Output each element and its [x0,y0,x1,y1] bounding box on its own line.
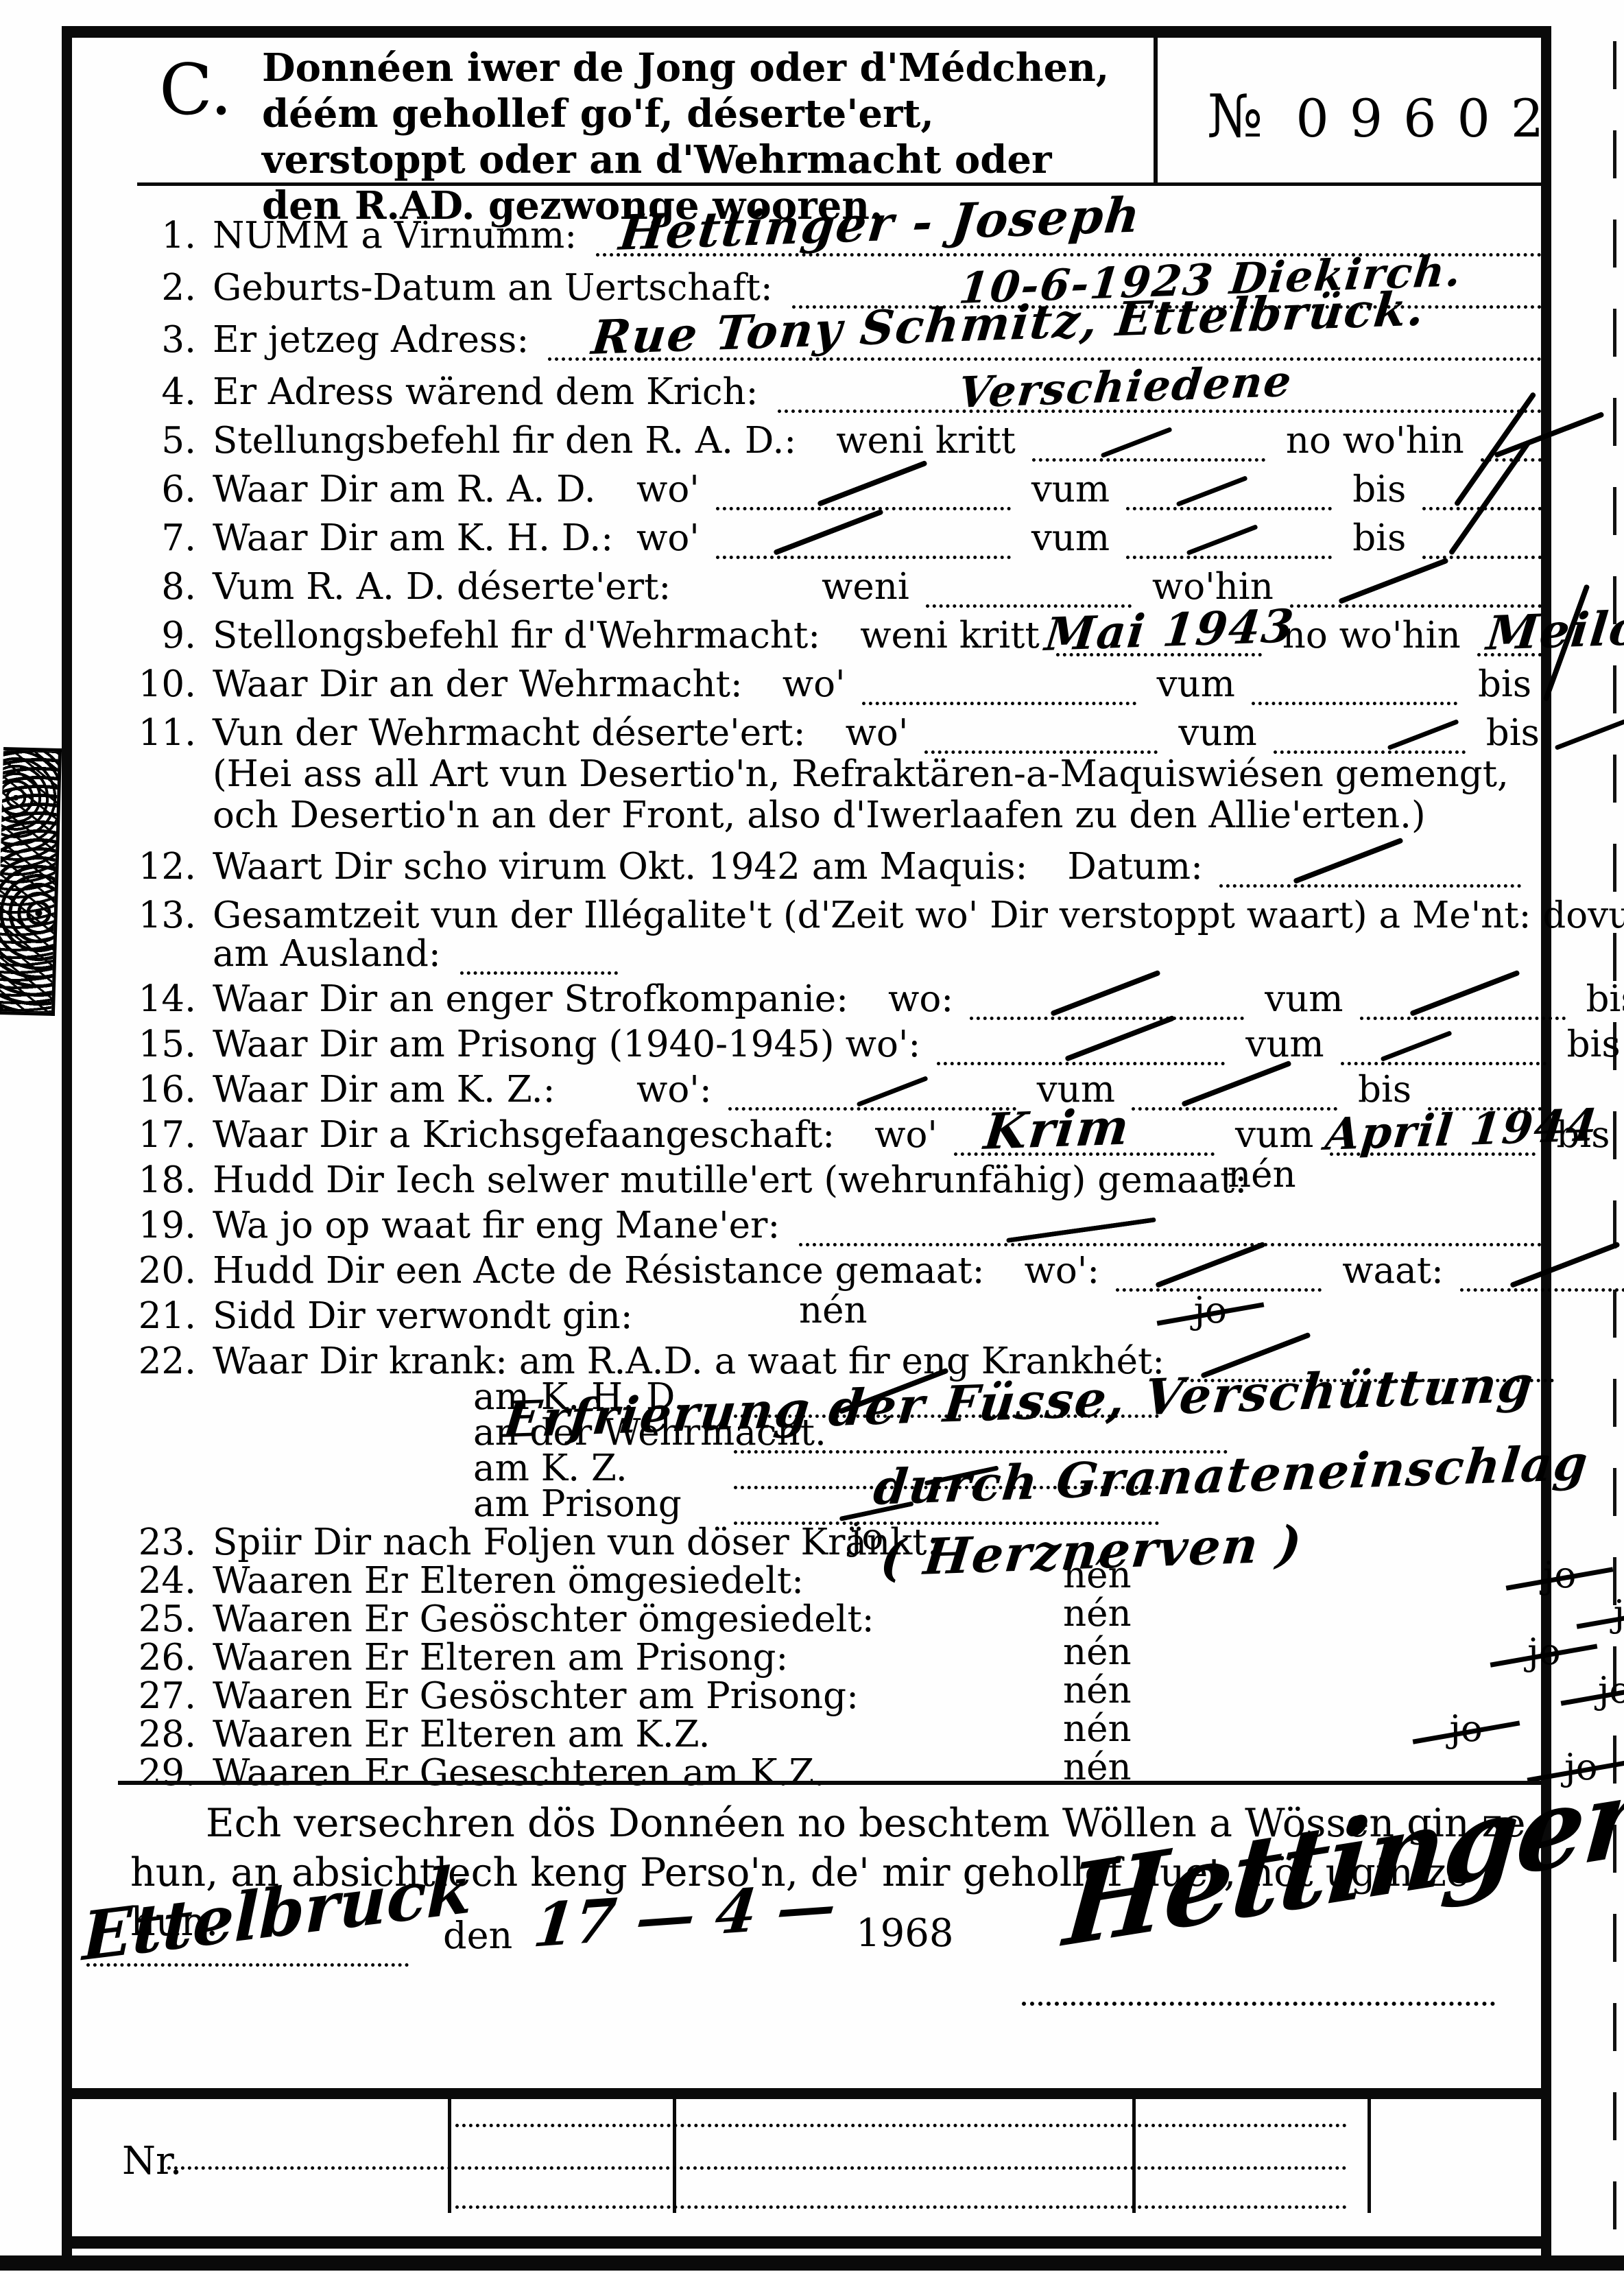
row-number: 5. [130,420,213,462]
entry-line: Krim [954,1113,1215,1156]
row-label: Waar Dir an enger Strofkompanie: [213,978,848,1020]
scan-edge-line [1613,41,1616,2250]
form-row-20: 20. Hudd Dir een Acte de Résistance gema… [130,1246,1542,1292]
row-label: Hudd Dir een Acte de Résistance gemaat: [213,1250,984,1292]
form-row-26: 26. Waaren Er Elteren am Prisong: jo nén [130,1640,1542,1679]
handwritten-value: Meilowitz [1484,597,1624,661]
entry-line [728,1067,1016,1111]
grid-dotted-line [455,2205,1347,2209]
field-label: bis [1352,469,1406,510]
form-row-18: 18. Hudd Dir Iech selwer mutille'ert (we… [130,1156,1542,1201]
option-nen: nén [799,1290,868,1331]
row-label: Er jetzeg Adress: [213,319,529,361]
option-jo-struck: jo [1527,1631,1560,1673]
row-label: Waaren Er Elteren ömgesiedelt: [213,1560,804,1602]
entry-line: April 1944 [1330,1113,1536,1156]
field-label: vum [1265,978,1343,1020]
field-label: waat: [1342,1250,1444,1292]
row-number: 6. [130,469,213,510]
option-jo: jo [850,1516,883,1558]
field-label: bis [1486,712,1540,754]
grid-vline [673,2099,676,2213]
field-label: wo' [874,1114,938,1156]
row-label: Gesamtzeit vun der Illégalite't (d'Zeit … [213,895,1624,936]
row-label: Hudd Dir Iech selwer mutille'ert (wehrun… [213,1159,1247,1201]
pen-stroke [817,460,928,507]
entry-line [1360,977,1566,1020]
sub-label: am Prisong [473,1483,720,1525]
header-divider [1154,38,1158,183]
field-label: wo': [636,1069,712,1111]
place-entry-line [86,1929,409,1967]
option-nen: nén [1063,1593,1132,1635]
option-jo-struck: jo [1194,1290,1227,1331]
row-number: 21. [130,1295,213,1337]
row-number: 15. [130,1023,213,1065]
row-label: Vum R. A. D. déserte'ert: [213,566,782,608]
row-number: 1. [130,215,213,257]
row-number: 20. [130,1250,213,1292]
field-label: wo': [1024,1250,1099,1292]
form-row-28: 28. Waaren Er Elteren am K.Z. jo nén [130,1717,1542,1755]
row-number: 10. [130,663,213,705]
option-jo-struck: jo [1614,1593,1624,1635]
entry-line: Rue Tony Schmitz, Ettelbrück. [548,318,1542,361]
option-nen: nén [1063,1631,1132,1673]
entry-line [1274,711,1466,754]
field-label: wo' [783,663,846,705]
row-label: Waar Dir am K. H. D.: [213,517,597,559]
form-row-25: 25. Waaren Er Gesöschter ömgesiedelt: jo… [130,1602,1542,1640]
form-number: №09602 [1207,82,1564,151]
pen-stroke [1155,1242,1266,1288]
row-number: 16. [130,1069,213,1111]
form-row-10: 10. Waar Dir an der Wehrmacht: wo' vum b… [130,656,1542,705]
form-row-29: 29. Waaren Er Geseschteren am K.Z. jo né… [130,1755,1542,1794]
entry-line [1132,1067,1337,1111]
row-number: 17. [130,1114,213,1156]
form-row-19: 19. Wa jo op waat fir eng Mane'er: [130,1201,1542,1246]
row-label: Waar Dir a Krichsgefaangeschaft: [213,1114,835,1156]
row-label: Waaren Er Gesöschter ömgesiedelt: [213,1598,874,1640]
handwritten-value: April 1944 [1323,1100,1601,1161]
pen-stroke [1509,1242,1621,1288]
option-jo-struck: jo [1543,1554,1576,1596]
row-number: 7. [130,517,213,559]
section-letter: C. [159,49,232,131]
row-number: 9. [130,615,213,656]
nr-label: Nr. [122,2139,182,2183]
form-row-8: 8. Vum R. A. D. déserte'ert: weni wo'hin [130,559,1542,608]
entry-line [1116,1248,1322,1292]
entry-line [1460,1248,1624,1292]
field-label: bis [1358,1069,1411,1111]
row-label: Waaren Er Elteren am K.Z. [213,1714,710,1755]
den-label: den [443,1914,512,1957]
row-label: Waar Dir am R. A. D. [213,469,597,510]
form-row-21: 21. Sidd Dir verwondt gin: jo nén [130,1292,1542,1337]
field-label: no wo'hin [1282,615,1461,656]
form-row-22-block: 22. Waar Dir krank: am R.A.D. a waat fir… [130,1337,1542,1525]
row-label: Waaren Er Gesöschter am Prisong: [213,1675,859,1717]
pen-stroke [1387,719,1459,750]
entry-line [970,977,1244,1020]
option-jo-struck: jo [1450,1708,1483,1750]
field-label: vum [1235,1114,1313,1156]
numero-symbol: № [1207,82,1263,151]
form-row-3: 3. Er jetzeg Adress: Rue Tony Schmitz, E… [130,309,1542,361]
grid-dotted-line [160,2166,1347,2170]
form-row-23: 23. Spiir Dir nach Foljen vun döser Krän… [130,1525,1542,1563]
form-row-13: 13. Gesamtzeit vun der Illégalite't (d'Z… [130,888,1542,936]
row-label: Stellungsbefehl fir den R. A. D.: [213,420,796,462]
entry-line [716,516,1011,559]
header-rule [137,182,1544,186]
page-border-left [62,26,72,2271]
form-row-9: 9. Stellongsbefehl fir d'Wehrmacht: weni… [130,608,1542,656]
row-label: Waaren Er Elteren am Prisong: [213,1637,788,1679]
row-11-note: (Hei ass all Art vun Desertio'n, Refrakt… [130,754,1542,839]
row-number: 13. [130,895,213,936]
field-label: bis [1586,978,1624,1020]
field-label: wo' [636,469,700,510]
form-row-24: 24. Waaren Er Elteren ömgesiedelt: jo né… [130,1563,1542,1602]
field-label: weni kritt [836,420,1016,462]
page-border-bottom [0,2255,1624,2271]
form-number-digits: 09602 [1295,88,1564,149]
field-label: wo: [888,978,953,1020]
row-number: 3. [130,319,213,361]
entry-line [1290,565,1542,608]
form-row-4: 4. Er Adress wärend dem Krich: Verschied… [130,361,1542,413]
row-label: Waar Dir an der Wehrmacht: [213,663,743,705]
row-number: 14. [130,978,213,1020]
field-label: vum [1245,1023,1324,1065]
option-jo-struck: jo [1598,1670,1624,1712]
handwritten-value: Mai 1943 [1042,599,1298,661]
page-border-top [66,26,1551,38]
signature-line [1022,1974,1495,2006]
row-label: Spiir Dir nach Foljen vun döser Kränkt: [213,1521,939,1563]
field-label: weni [822,566,909,608]
entry-line [862,662,1136,705]
pen-stroke [773,509,884,556]
row-number: 18. [130,1159,213,1201]
option-nen: nén [1228,1154,1296,1196]
row-number: 4. [130,371,213,413]
row-label: Waar Dir am K. Z.: [213,1069,597,1111]
row-number: 22. [130,1340,213,1382]
entry-line [1422,516,1542,559]
row-label: NUMM a Virnumm: [213,215,577,257]
form-row-12: 12. Waart Dir scho virum Okt. 1942 am Ma… [130,839,1542,888]
scan-stain-artifact [0,747,62,1016]
pen-stroke [1186,524,1258,556]
row-number: 2. [130,267,213,309]
grid-vline [1132,2099,1136,2213]
entry-line: Meilowitz [1477,613,1542,656]
entry-line [1126,516,1332,559]
pen-stroke [1409,970,1520,1017]
grid-dotted-line [455,2124,1347,2127]
entry-line [460,932,618,975]
field-label: wo' [846,712,909,754]
row-number: 24. [130,1560,213,1602]
entry-line [1341,1022,1547,1065]
pen-stroke [856,1076,928,1107]
grid-vline [448,2099,451,2213]
row-number: 12. [130,846,213,888]
scanned-form-page: C. Donnéen iwer de Jong oder d'Médchen, … [0,0,1624,2274]
pen-stroke [1100,427,1172,458]
form-row-11: 11. Vun der Wehrmacht déserte'ert: wo' v… [130,705,1542,754]
row-label: Waart Dir scho virum Okt. 1942 am Maquis… [213,846,1027,888]
field-label: weni kritt [860,615,1040,656]
form-row-7: 7. Waar Dir am K. H. D.: wo' vum bis [130,510,1542,559]
entry-line [1219,844,1521,888]
field-label: bis [1352,517,1406,559]
row-label: Stellongsbefehl fir d'Wehrmacht: [213,615,820,656]
form-row-6: 6. Waar Dir am R. A. D. wo' vum bis [130,462,1542,510]
pen-stroke [1050,970,1161,1017]
grid-vline [1368,2099,1371,2213]
row-number: 28. [130,1714,213,1755]
entry-line [937,1022,1225,1065]
form-row-14: 14. Waar Dir an enger Strofkompanie: wo:… [130,975,1542,1020]
field-label: bis [1567,1023,1621,1065]
year-label: 1968 [856,1911,954,1956]
form-row-1: 1. NUMM a Virnumm: Hettinger - Joseph [130,204,1542,257]
form-row-16: 16. Waar Dir am K. Z.: wo': vum bis [130,1065,1542,1111]
pen-stroke [1181,1061,1292,1107]
option-nen: nén [1063,1670,1132,1712]
row-label: Vun der Wehrmacht déserte'ert: [213,712,806,754]
entry-line [1126,467,1332,510]
field-label: vum [1031,469,1110,510]
entry-line [799,1203,1542,1246]
entry-line [716,467,1011,510]
form-row-17: 17. Waar Dir a Krichsgefaangeschaft: wo'… [130,1111,1542,1156]
row-label: am Ausland: [213,933,441,975]
field-label: wo' [636,517,700,559]
row-number: 11. [130,712,213,754]
field-label: Datum: [1067,846,1203,888]
field-label: bis [1478,663,1531,705]
pen-stroke [1006,1217,1156,1243]
row-label: Waar Dir am Prisong (1940-1945) [213,1023,835,1065]
row-number: 25. [130,1598,213,1640]
row-number: 8. [130,566,213,608]
row-label: Sidd Dir verwondt gin: [213,1295,633,1337]
entry-line: Verschiedene [778,370,1542,413]
form-row-13b: am Ausland: [130,936,1542,975]
row-label: Waaren Er Geseschteren am K.Z. [213,1752,825,1794]
row-label: Wa jo op waat fir eng Mane'er: [213,1205,780,1246]
pen-stroke [1064,1015,1175,1062]
entry-line [1032,418,1265,462]
handwritten-value: Krim [981,1097,1133,1161]
row-number: 29. [130,1752,213,1794]
entry-line [926,565,1132,608]
entry-line [924,711,1158,754]
form-row-27: 27. Waaren Er Gesöschter am Prisong: jo … [130,1679,1542,1717]
row-label: Er Adress wärend dem Krich: [213,371,759,413]
field-label: vum [1031,517,1110,559]
row-number: 19. [130,1205,213,1246]
row-number: 26. [130,1637,213,1679]
entry-line [1252,662,1457,705]
row-label: Geburts-Datum an Uertschaft: [213,267,773,309]
field-label: vum [1178,712,1256,754]
pen-stroke [1380,1030,1452,1062]
row-number: 23. [130,1521,213,1563]
handwritten-value: Verschiedene [956,356,1295,418]
entry-line: Mai 1943 [1056,613,1262,656]
registry-grid: Nr. [71,2088,1544,2249]
pen-stroke [1176,475,1248,507]
field-label: no wo'hin [1286,420,1464,462]
field-label: wo': [846,1023,921,1065]
form-row-15: 15. Waar Dir am Prisong (1940-1945) wo':… [130,1020,1542,1065]
row-number: 27. [130,1675,213,1717]
form-row-5: 5. Stellungsbefehl fir den R. A. D.: wen… [130,413,1542,462]
pen-stroke [1338,558,1449,604]
option-nen: nén [1063,1708,1132,1750]
form-body: 1. NUMM a Virnumm: Hettinger - Joseph 2.… [130,204,1542,1794]
field-label: vum [1157,663,1235,705]
pen-stroke [1293,838,1404,884]
section-separator [118,1781,1544,1785]
